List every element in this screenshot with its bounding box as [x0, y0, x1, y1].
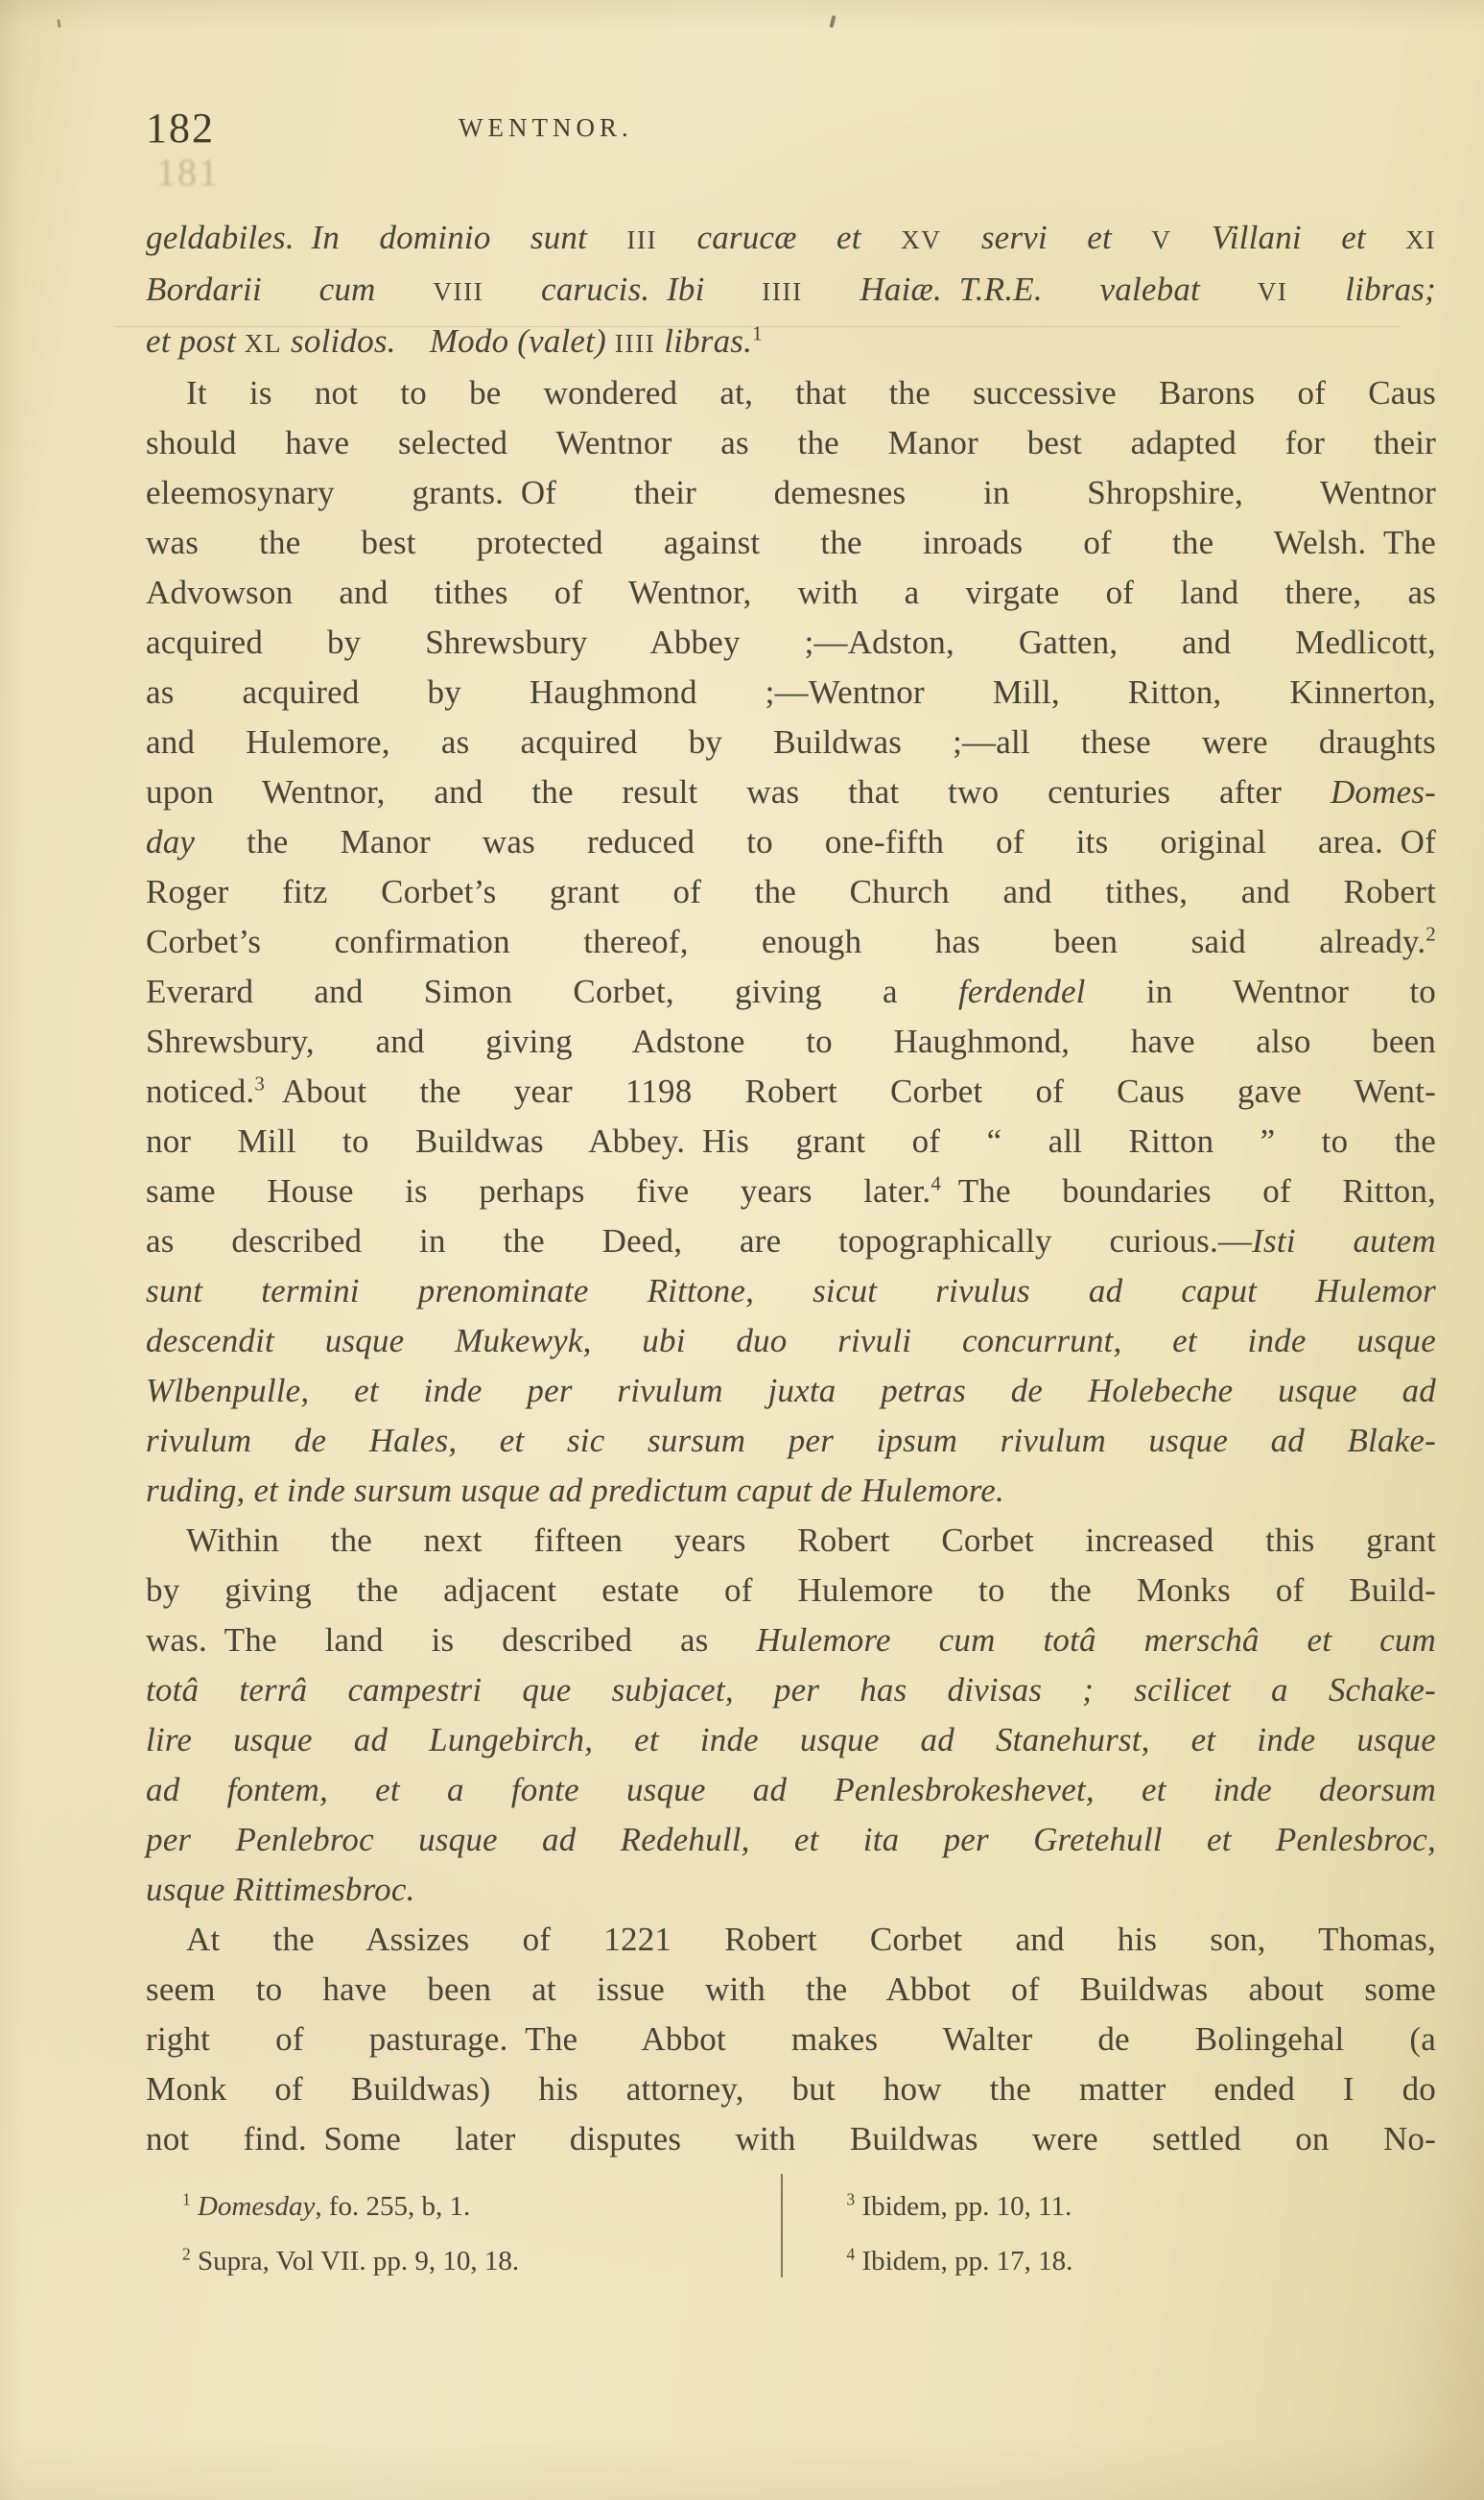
text-line: geldabiles. In dominio sunt III carucæ e…	[146, 213, 1436, 265]
text-run: III	[626, 225, 657, 254]
text-run: Ibi	[667, 271, 762, 308]
footnote-item: 1 Domesday, fo. 255, b, 1.	[182, 2180, 791, 2234]
text-run: Ibidem, pp. 17, 18.	[855, 2246, 1072, 2276]
text-run: ad fontem, et a fonte usque ad Penlesbro…	[146, 1771, 1436, 1808]
text-run: Advowson and tithes of Wentnor, with a v…	[146, 574, 1436, 611]
text-line: day the Manor was reduced to one-fifth o…	[146, 817, 1436, 867]
footnote-divider	[781, 2174, 783, 2277]
text-run: et post	[146, 322, 245, 360]
paragraph: geldabiles. In dominio sunt III carucæ e…	[146, 213, 1436, 368]
text-line: and Hulemore, as acquired by Buildwas ;—…	[146, 718, 1436, 767]
text-run: carucis.	[483, 271, 667, 308]
text-run: acquired by Shrewsbury Abbey ;—Adston, G…	[146, 624, 1436, 661]
text-run: Wlbenpulle, et inde per rivulum juxta pe…	[146, 1372, 1436, 1409]
text-run: right of pasturage. The Abbot makes Walt…	[146, 2020, 1436, 2058]
text-run: About the year 1198 Robert Corbet of Cau…	[265, 1073, 1436, 1110]
footnote-reference: 2	[1425, 922, 1436, 945]
text-line: as described in the Deed, are topographi…	[146, 1216, 1436, 1266]
footnote-reference: 2	[182, 2244, 191, 2263]
text-run: day	[146, 823, 195, 861]
text-line: nor Mill to Buildwas Abbey. His grant of…	[146, 1117, 1436, 1167]
text-run: VIII	[433, 277, 483, 306]
text-run: It is not to be wondered at, that the su…	[186, 374, 1436, 412]
footnote-item: 4 Ibidem, pp. 17, 18.	[847, 2234, 1437, 2289]
text-line: Roger fitz Corbet’s grant of the Church …	[146, 867, 1436, 917]
text-line: sunt termini prenominate Rittone, sicut …	[146, 1266, 1436, 1316]
footnote-column-left: 1 Domesday, fo. 255, b, 1.2 Supra, Vol V…	[146, 2180, 791, 2289]
text-run: not find. Some later disputes with Build…	[146, 2120, 1436, 2158]
text-line: per Penlebroc usque ad Redehull, et ita …	[146, 1815, 1436, 1865]
paper-speck	[57, 19, 60, 28]
text-line: Shrewsbury, and giving Adstone to Haughm…	[146, 1017, 1436, 1067]
text-run: totâ terrâ campestri que subjacet, per h…	[146, 1671, 1436, 1709]
text-run: and Hulemore, as acquired by Buildwas ;—…	[146, 723, 1436, 761]
text-line: Monk of Buildwas) his attorney, but how …	[146, 2064, 1436, 2114]
text-run: Modo (valet)	[430, 322, 615, 360]
paragraph: It is not to be wondered at, that the su…	[146, 368, 1436, 1516]
text-line: Everard and Simon Corbet, giving a ferde…	[146, 967, 1436, 1017]
text-line: ruding, et inde sursum usque ad predictu…	[146, 1466, 1436, 1516]
text-run: solidos.	[282, 322, 430, 360]
text-run: ferdendel	[958, 973, 1086, 1010]
text-run: IIII	[615, 329, 655, 358]
text-run: XL	[245, 329, 282, 358]
text-line: was the best protected against the inroa…	[146, 518, 1436, 568]
text-run: noticed.	[146, 1073, 254, 1110]
text-run: The boundaries of Ritton,	[941, 1172, 1436, 1210]
footnote-column-right: 3 Ibidem, pp. 10, 11.4 Ibidem, pp. 17, 1…	[791, 2180, 1437, 2289]
text-run: Everard and Simon Corbet, giving a	[146, 973, 958, 1010]
text-run: descendit usque Mukewyk, ubi duo rivuli …	[146, 1322, 1436, 1359]
text-run: XV	[901, 225, 941, 254]
body-text: geldabiles. In dominio sunt III carucæ e…	[146, 213, 1436, 2164]
text-run: IIII	[762, 277, 802, 306]
text-line: totâ terrâ campestri que subjacet, per h…	[146, 1665, 1436, 1715]
footnote-reference: 4	[847, 2244, 856, 2263]
text-run: Domes-	[1331, 773, 1436, 811]
text-run: Domesday	[198, 2191, 315, 2222]
text-run: geldabiles.	[146, 219, 312, 256]
text-line: usque Rittimesbroc.	[146, 1865, 1436, 1915]
text-run: usque Rittimesbroc.	[146, 1871, 415, 1908]
text-line: ad fontem, et a fonte usque ad Penlesbro…	[146, 1765, 1436, 1815]
text-run: sunt termini prenominate Rittone, sicut …	[146, 1272, 1436, 1309]
text-run: carucæ et	[657, 219, 901, 256]
text-run: as described in the Deed, are topographi…	[146, 1222, 1252, 1260]
text-run: VI	[1258, 277, 1288, 306]
text-line: same House is perhaps five years later.4…	[146, 1167, 1436, 1216]
text-run: T.R.E. valebat	[959, 271, 1258, 308]
text-run: was the best protected against the inroa…	[146, 524, 1436, 561]
text-run: same House is perhaps five years later.	[146, 1172, 930, 1210]
text-line: Corbet’s confirmation thereof, enough ha…	[146, 917, 1436, 967]
text-run: Monk of Buildwas) his attorney, but how …	[146, 2070, 1436, 2108]
text-line: rivulum de Hales, et sic sursum per ipsu…	[146, 1416, 1436, 1466]
text-run: eleemosynary grants. Of their demesnes i…	[146, 474, 1436, 511]
text-line: eleemosynary grants. Of their demesnes i…	[146, 468, 1436, 518]
page-number: 182	[146, 104, 215, 153]
scanned-book-page: 182 181 WENTNOR. geldabiles. In dominio …	[0, 0, 1484, 2500]
footnote-item: 2 Supra, Vol VII. pp. 9, 10, 18.	[182, 2234, 791, 2289]
text-run: In dominio sunt	[312, 219, 627, 256]
text-line: not find. Some later disputes with Build…	[146, 2114, 1436, 2164]
text-line: Bordarii cum VIII carucis. Ibi IIII Haiæ…	[146, 265, 1436, 317]
text-run: V	[1151, 225, 1171, 254]
footnote-item: 3 Ibidem, pp. 10, 11.	[847, 2180, 1437, 2234]
footnote-reference: 3	[847, 2189, 856, 2208]
footnotes: 1 Domesday, fo. 255, b, 1.2 Supra, Vol V…	[146, 2180, 1436, 2289]
text-run: Within the next fifteen years Robert Cor…	[186, 1521, 1436, 1559]
text-line: Within the next fifteen years Robert Cor…	[146, 1516, 1436, 1566]
text-run: At the Assizes of 1221 Robert Corbet and…	[186, 1921, 1436, 1958]
text-run: in Wentnor to	[1086, 973, 1436, 1010]
text-run: ruding, et inde sursum usque ad predictu…	[146, 1472, 1004, 1509]
text-run: Corbet’s confirmation thereof, enough ha…	[146, 923, 1425, 960]
text-run: Shrewsbury, and giving Adstone to Haughm…	[146, 1023, 1436, 1060]
text-line: noticed.3 About the year 1198 Robert Cor…	[146, 1067, 1436, 1117]
text-run: Ibidem, pp. 10, 11.	[855, 2191, 1072, 2222]
text-line: At the Assizes of 1221 Robert Corbet and…	[146, 1915, 1436, 1965]
footnote-reference: 1	[752, 321, 763, 344]
text-run: servi et	[942, 219, 1152, 256]
text-run: Bordarii cum	[146, 271, 433, 308]
text-run: was. The land is described as	[146, 1621, 756, 1659]
text-line: should have selected Wentnor as the Mano…	[146, 418, 1436, 468]
ghost-page-number: 181	[156, 150, 220, 195]
text-run: by giving the adjacent estate of Hulemor…	[146, 1571, 1436, 1609]
text-run: Villani et	[1171, 219, 1405, 256]
text-run: Roger fitz Corbet’s grant of the Church …	[146, 873, 1436, 910]
text-run: lire usque ad Lungebirch, et inde usque …	[146, 1721, 1436, 1758]
text-run: Hulemore cum totâ merschâ et cum	[756, 1621, 1436, 1659]
text-run: libras.	[655, 322, 752, 360]
text-run: Haiæ.	[803, 271, 959, 308]
text-run: as acquired by Haughmond ;—Wentnor Mill,…	[146, 673, 1436, 711]
text-run: , fo. 255, b, 1.	[315, 2191, 470, 2222]
text-run: nor Mill to Buildwas Abbey. His grant of…	[146, 1122, 1436, 1160]
text-line: Advowson and tithes of Wentnor, with a v…	[146, 568, 1436, 618]
text-line: right of pasturage. The Abbot makes Walt…	[146, 2015, 1436, 2064]
paragraph: At the Assizes of 1221 Robert Corbet and…	[146, 1915, 1436, 2164]
text-line: lire usque ad Lungebirch, et inde usque …	[146, 1715, 1436, 1765]
text-run: should have selected Wentnor as the Mano…	[146, 424, 1436, 461]
text-line: et post XL solidos. Modo (valet) IIII li…	[146, 317, 1436, 368]
text-line: It is not to be wondered at, that the su…	[146, 368, 1436, 418]
text-run: per Penlebroc usque ad Redehull, et ita …	[146, 1821, 1436, 1858]
text-line: as acquired by Haughmond ;—Wentnor Mill,…	[146, 668, 1436, 718]
text-line: seem to have been at issue with the Abbo…	[146, 1965, 1436, 2015]
text-run	[191, 2191, 198, 2222]
text-run: seem to have been at issue with the Abbo…	[146, 1970, 1436, 2008]
text-line: acquired by Shrewsbury Abbey ;—Adston, G…	[146, 618, 1436, 668]
text-line: by giving the adjacent estate of Hulemor…	[146, 1566, 1436, 1616]
footnote-reference: 3	[254, 1072, 265, 1095]
text-run: rivulum de Hales, et sic sursum per ipsu…	[146, 1422, 1436, 1459]
text-line: descendit usque Mukewyk, ubi duo rivuli …	[146, 1316, 1436, 1366]
text-run: the Manor was reduced to one-fifth of it…	[195, 823, 1436, 861]
text-run: upon Wentnor, and the result was that tw…	[146, 773, 1331, 811]
footnote-reference: 4	[930, 1171, 941, 1194]
paper-speck	[829, 15, 836, 29]
text-line: Wlbenpulle, et inde per rivulum juxta pe…	[146, 1366, 1436, 1416]
paragraph: Within the next fifteen years Robert Cor…	[146, 1516, 1436, 1915]
running-head: WENTNOR.	[459, 113, 633, 143]
text-line: upon Wentnor, and the result was that tw…	[146, 767, 1436, 817]
text-line: was. The land is described as Hulemore c…	[146, 1616, 1436, 1665]
text-run: XI	[1405, 225, 1436, 254]
text-run: libras;	[1288, 271, 1436, 308]
text-run: Supra, Vol VII. pp. 9, 10, 18.	[191, 2246, 519, 2276]
footnote-reference: 1	[182, 2189, 191, 2208]
text-run: Isti autem	[1252, 1222, 1436, 1260]
